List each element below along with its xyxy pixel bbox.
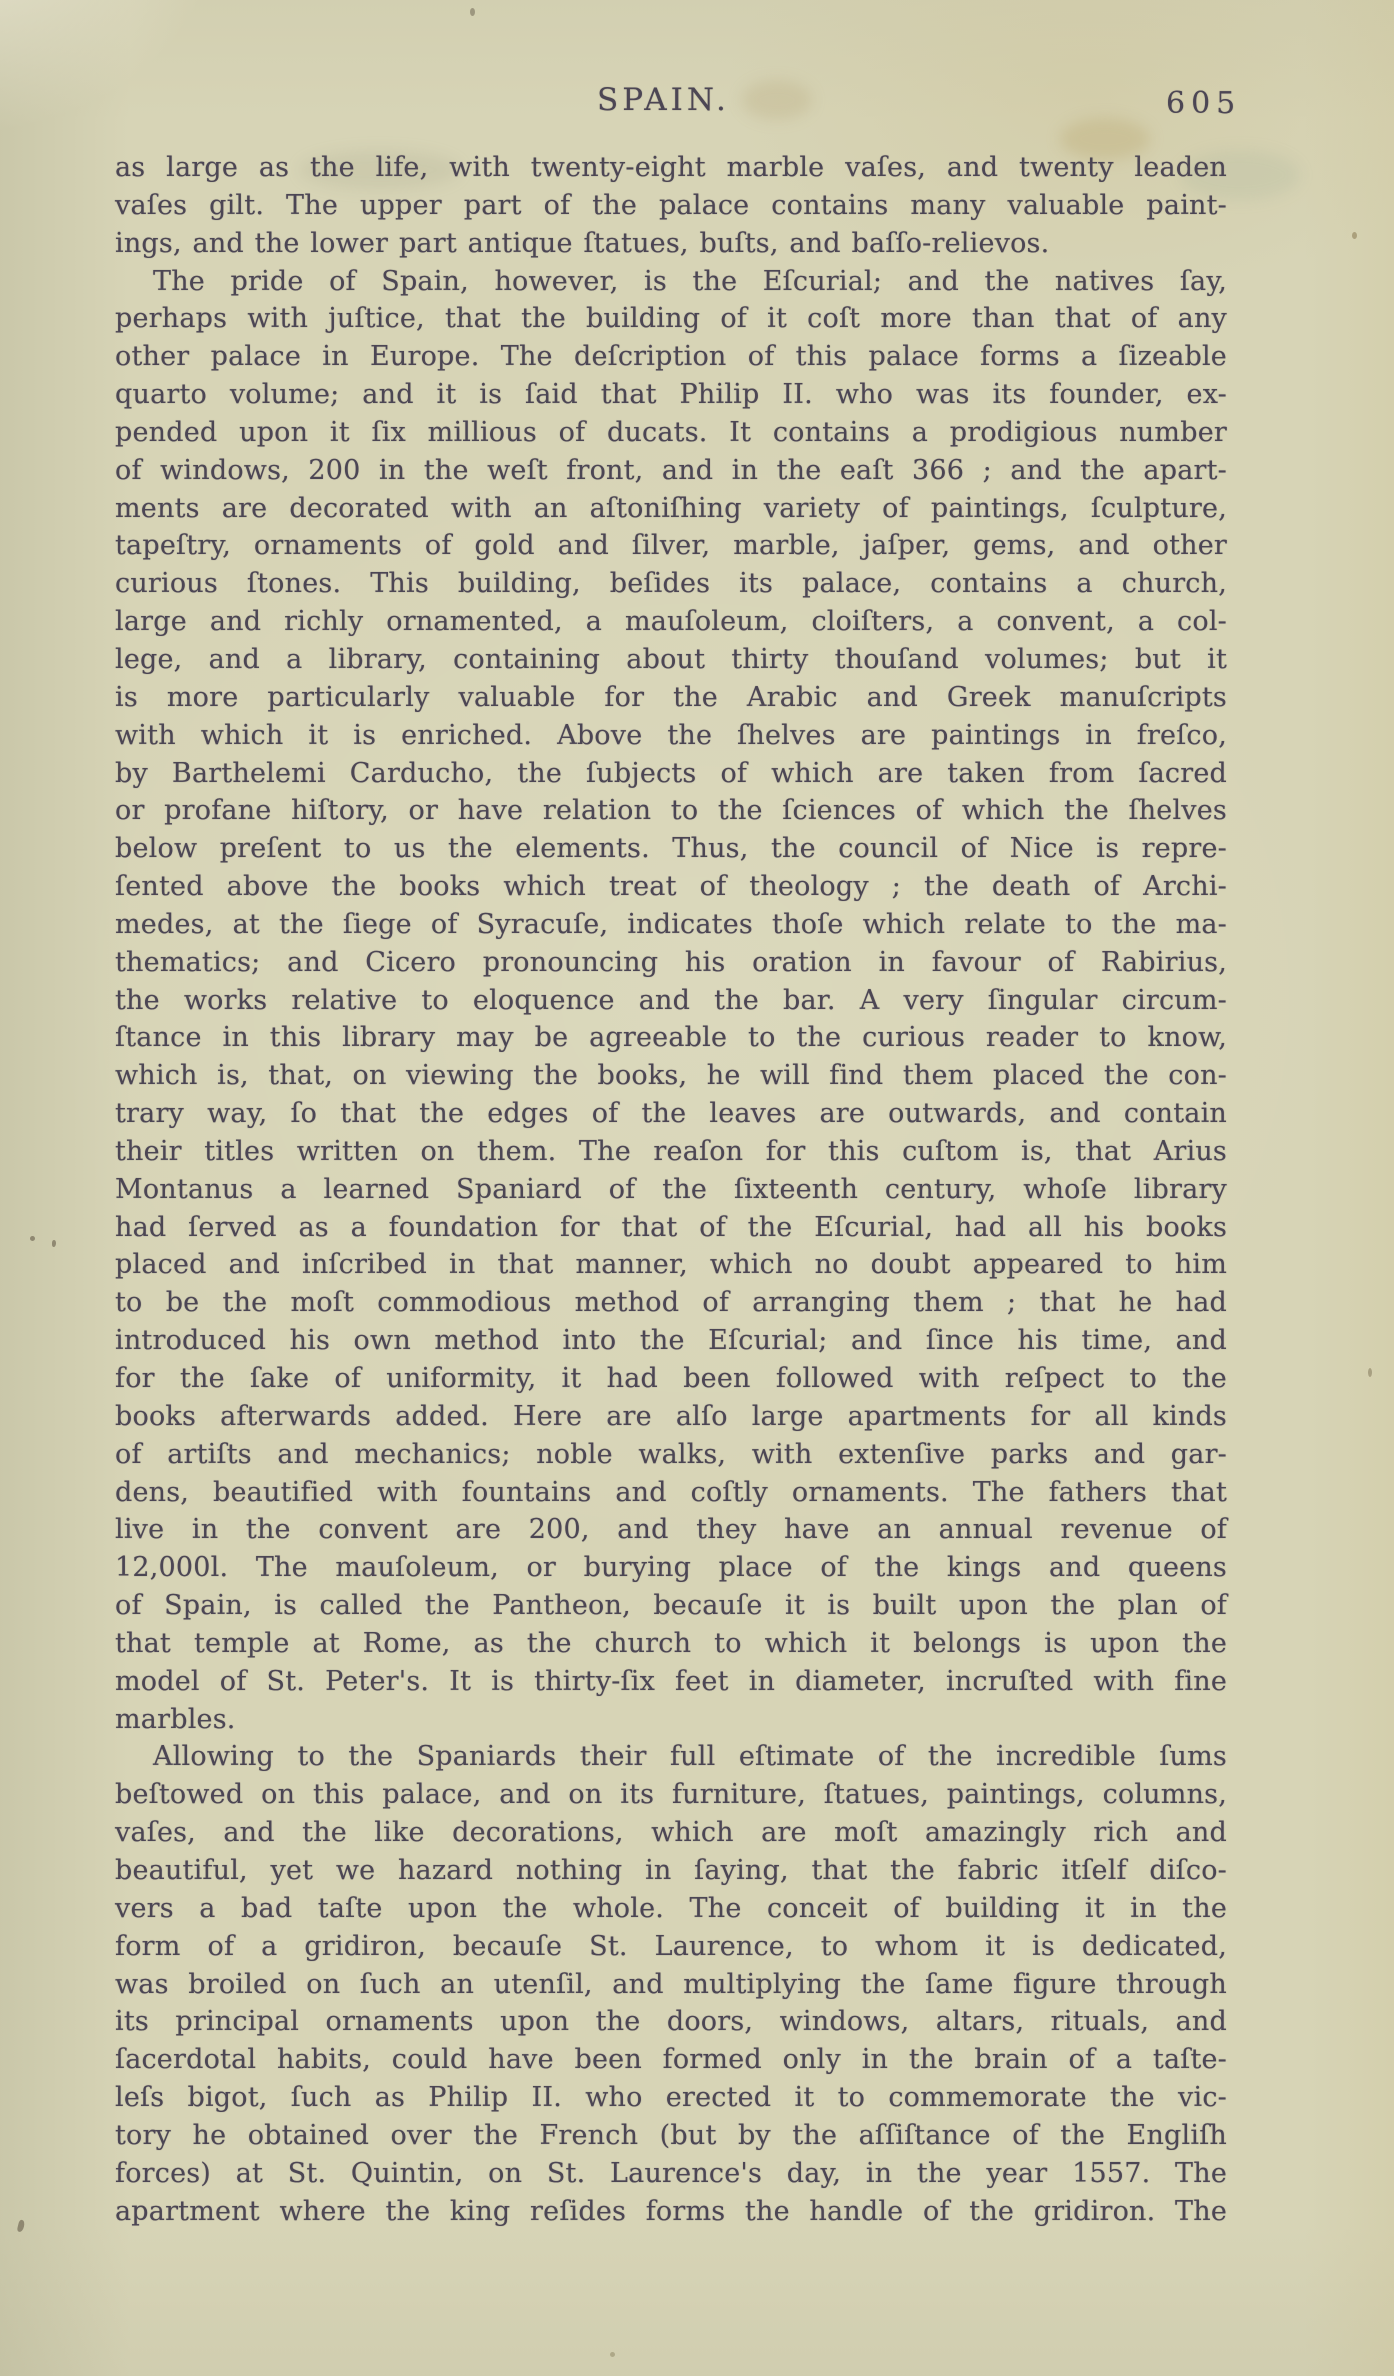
text-line: Allowing to the Spaniards their full eſt…: [115, 1738, 1227, 1776]
ink-speck: [17, 2219, 26, 2232]
text-line: trary way, ſo that the edges of the leav…: [115, 1095, 1227, 1133]
ink-speck: [610, 2352, 615, 2357]
text-line: forces) at St. Quintin, on St. Laurence'…: [115, 2155, 1227, 2193]
ink-speck: [1368, 1368, 1372, 1377]
text-line: ments are decorated with an aſtoniſhing …: [115, 490, 1227, 528]
text-line: marbles.: [115, 1701, 1227, 1739]
text-line: dens, beautified with fountains and coſt…: [115, 1474, 1227, 1512]
text-line: to be the moſt commodious method of arra…: [115, 1284, 1227, 1322]
running-header-title: SPAIN.: [597, 82, 730, 118]
paper-stain: [742, 80, 812, 120]
text-line: live in the convent are 200, and they ha…: [115, 1511, 1227, 1549]
text-line: that temple at Rome, as the church to wh…: [115, 1625, 1227, 1663]
text-line: as large as the life, with twenty-eight …: [115, 149, 1227, 187]
body-text: as large as the life, with twenty-eight …: [115, 149, 1227, 2230]
text-line: by Barthelemi Carducho, the ſubjects of …: [115, 755, 1227, 793]
text-line: vaſes, and the like decorations, which a…: [115, 1814, 1227, 1852]
text-line: beautiful, yet we hazard nothing in ſayi…: [115, 1852, 1227, 1890]
text-line: Montanus a learned Spaniard of the ſixte…: [115, 1171, 1227, 1209]
text-line: The pride of Spain, however, is the Eſcu…: [115, 263, 1227, 301]
text-line: books afterwards added. Here are alſo la…: [115, 1398, 1227, 1436]
ink-speck: [30, 1236, 35, 1241]
ink-speck: [470, 8, 475, 16]
text-line: thematics; and Cicero pronouncing his or…: [115, 944, 1227, 982]
text-line: ſacerdotal habits, could have been forme…: [115, 2041, 1227, 2079]
text-line: medes, at the ſiege of Syracuſe, indicat…: [115, 906, 1227, 944]
page-number: 605: [1166, 86, 1241, 121]
text-line: perhaps with juſtice, that the building …: [115, 300, 1227, 338]
text-line: the works relative to eloquence and the …: [115, 982, 1227, 1020]
text-line: leſs bigot, ſuch as Philip II. who erect…: [115, 2079, 1227, 2117]
text-line: other palace in Europe. The deſcription …: [115, 338, 1227, 376]
text-line: of windows, 200 in the weſt front, and i…: [115, 452, 1227, 490]
text-line: introduced his own method into the Eſcur…: [115, 1322, 1227, 1360]
text-line: vers a bad taſte upon the whole. The con…: [115, 1890, 1227, 1928]
text-line: beſtowed on this palace, and on its furn…: [115, 1776, 1227, 1814]
ink-speck: [52, 1240, 56, 1247]
text-line: which is, that, on viewing the books, he…: [115, 1057, 1227, 1095]
text-line: curious ſtones. This building, beſides i…: [115, 565, 1227, 603]
text-line: had ſerved as a foundation for that of t…: [115, 1209, 1227, 1247]
text-line: below preſent to us the elements. Thus, …: [115, 830, 1227, 868]
text-line: 12,000l. The mauſoleum, or burying place…: [115, 1549, 1227, 1587]
text-line: form of a gridiron, becauſe St. Laurence…: [115, 1928, 1227, 1966]
text-line: its principal ornaments upon the doors, …: [115, 2003, 1227, 2041]
text-line: apartment where the king reſides forms t…: [115, 2193, 1227, 2231]
ink-speck: [118, 768, 121, 776]
text-line: ſented above the books which treat of th…: [115, 868, 1227, 906]
book-page: SPAIN. 605 as large as the life, with tw…: [0, 0, 1394, 2376]
text-line: placed and inſcribed in that manner, whi…: [115, 1246, 1227, 1284]
text-line: tapeſtry, ornaments of gold and ſilver, …: [115, 527, 1227, 565]
text-line: with which it is enriched. Above the ſhe…: [115, 717, 1227, 755]
text-line: lege, and a library, containing about th…: [115, 641, 1227, 679]
text-line: pended upon it ſix millious of ducats. I…: [115, 414, 1227, 452]
text-line: for the ſake of uniformity, it had been …: [115, 1360, 1227, 1398]
text-line: vaſes gilt. The upper part of the palace…: [115, 187, 1227, 225]
text-line: is more particularly valuable for the Ar…: [115, 679, 1227, 717]
text-line: large and richly ornamented, a mauſoleum…: [115, 603, 1227, 641]
ink-speck: [1352, 232, 1357, 239]
text-line: model of St. Peter's. It is thirty-ſix f…: [115, 1663, 1227, 1701]
text-line: ings, and the lower part antique ſtatues…: [115, 225, 1227, 263]
text-line: tory he obtained over the French (but by…: [115, 2117, 1227, 2155]
text-line: their titles written on them. The reaſon…: [115, 1133, 1227, 1171]
text-line: quarto volume; and it is ſaid that Phili…: [115, 376, 1227, 414]
text-line: of Spain, is called the Pantheon, becauſ…: [115, 1587, 1227, 1625]
text-line: ſtance in this library may be agreeable …: [115, 1019, 1227, 1057]
text-line: was broiled on ſuch an utenſil, and mult…: [115, 1966, 1227, 2004]
text-line: or profane hiſtory, or have relation to …: [115, 792, 1227, 830]
text-line: of artiſts and mechanics; noble walks, w…: [115, 1436, 1227, 1474]
